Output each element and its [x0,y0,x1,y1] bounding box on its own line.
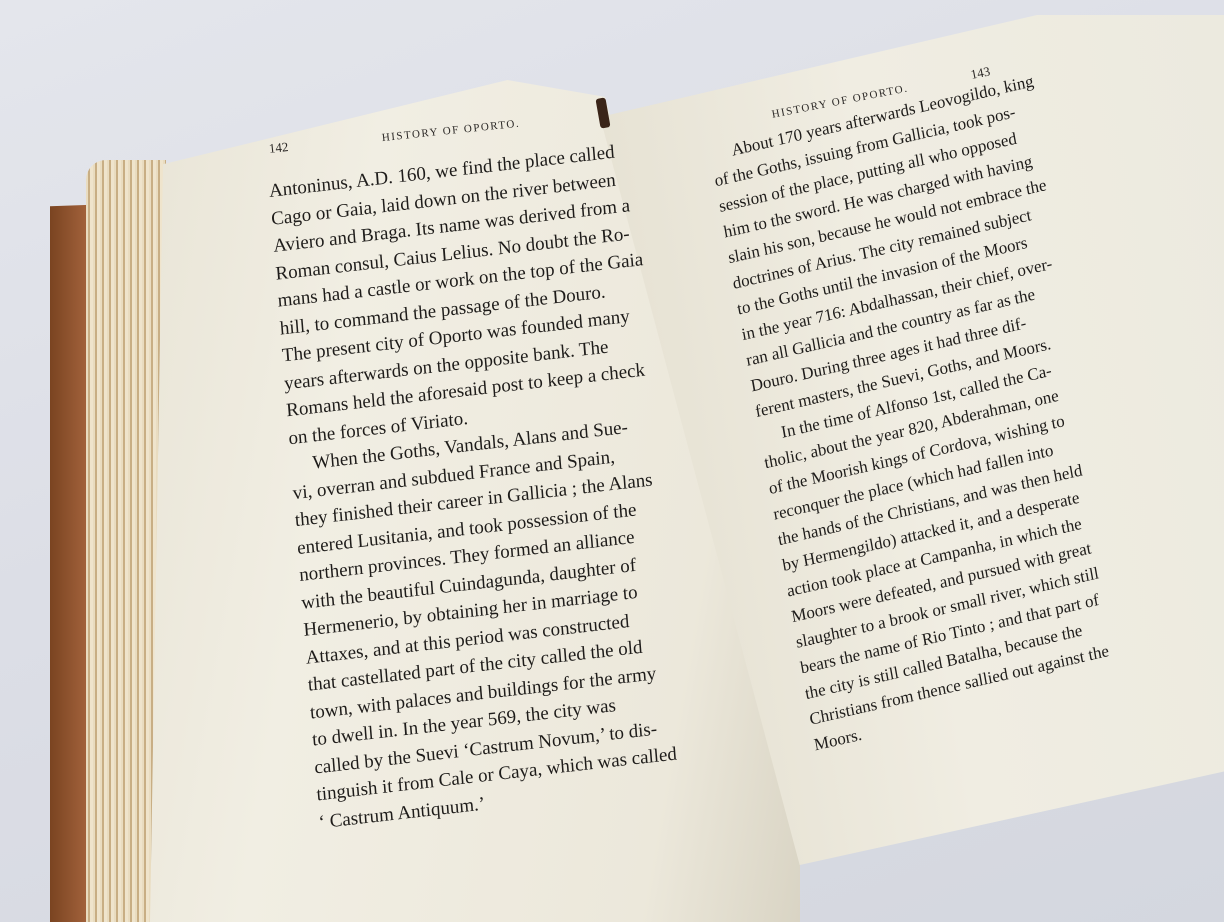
book-photo: 142 HISTORY OF OPORTO. HISTORY OF OPORTO… [0,0,1224,922]
page-number-left: 142 [268,139,289,157]
left-page-text: Antoninus, A.D. 160, we find the place c… [268,136,685,836]
